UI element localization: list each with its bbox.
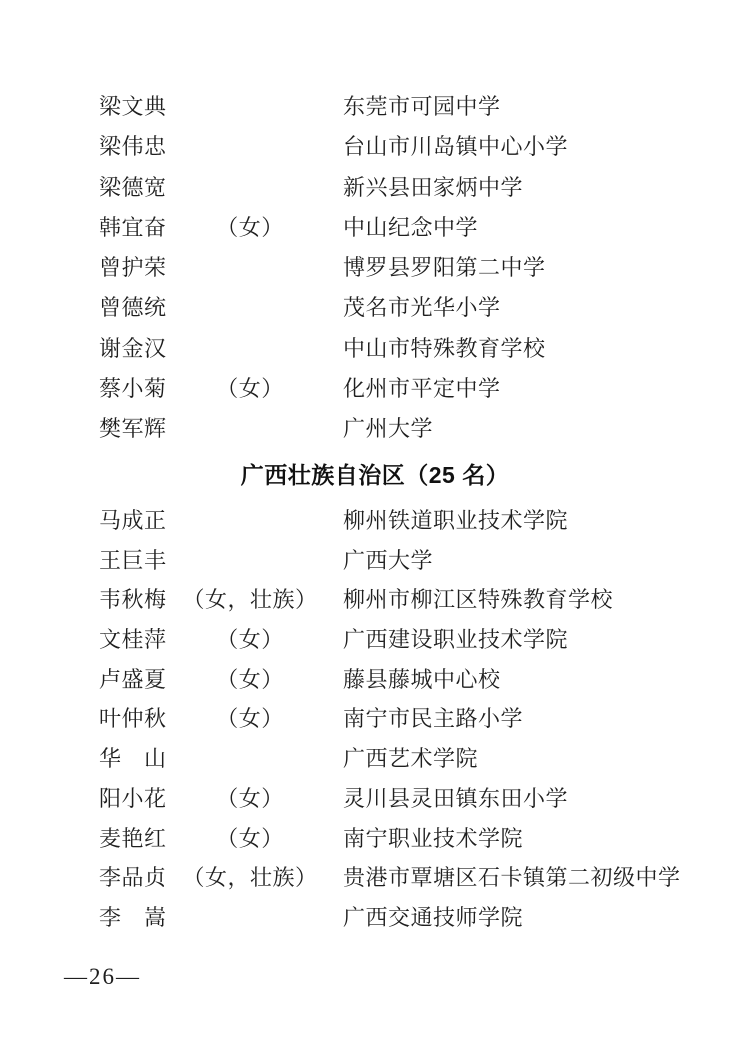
roster-section-continued: 梁文典 东莞市可园中学 梁伟忠 台山市川岛镇中心小学 梁德宽 新兴县田家炳中学 … — [0, 87, 750, 450]
table-row: 曾护荣 博罗县罗阳第二中学 — [0, 248, 750, 288]
table-row: 曾德统 茂名市光华小学 — [0, 288, 750, 328]
entry-institution: 新兴县田家炳中学 — [343, 168, 523, 208]
entry-institution: 中山市特殊教育学校 — [343, 329, 546, 369]
entry-name: 王巨丰 — [99, 541, 167, 581]
entry-institution: 东莞市可园中学 — [343, 87, 501, 127]
entry-name: 卢盛夏 — [99, 660, 167, 700]
entry-note: （女） — [158, 819, 342, 859]
entry-name: 华 山 — [99, 739, 167, 779]
entry-institution: 茂名市光华小学 — [343, 288, 501, 328]
entry-name: 曾护荣 — [99, 248, 167, 288]
entry-name: 马成正 — [99, 501, 167, 541]
entry-note: （女） — [158, 208, 342, 248]
entry-institution: 广西建设职业技术学院 — [343, 620, 568, 660]
entry-institution: 藤县藤城中心校 — [343, 660, 501, 700]
entry-note: （女，壮族） — [158, 858, 342, 898]
entry-note: （女） — [158, 369, 342, 409]
entry-institution: 化州市平定中学 — [343, 369, 501, 409]
entry-note: （女） — [158, 779, 342, 819]
entry-name: 阳小花 — [99, 779, 167, 819]
entry-institution: 中山纪念中学 — [343, 208, 478, 248]
entry-institution: 台山市川岛镇中心小学 — [343, 127, 568, 167]
entry-name: 蔡小菊 — [99, 369, 167, 409]
table-row: 谢金汉 中山市特殊教育学校 — [0, 329, 750, 369]
table-row: 阳小花 （女） 灵川县灵田镇东田小学 — [0, 779, 750, 819]
entry-institution: 广西艺术学院 — [343, 739, 478, 779]
roster-section-guangxi: 马成正 柳州铁道职业技术学院 王巨丰 广西大学 韦秋梅 （女，壮族） 柳州市柳江… — [0, 501, 750, 938]
table-row: 李品贞 （女，壮族） 贵港市覃塘区石卡镇第二初级中学 — [0, 858, 750, 898]
entry-name: 李品贞 — [99, 858, 167, 898]
entry-institution: 广西大学 — [343, 541, 433, 581]
entry-name: 文桂萍 — [99, 620, 167, 660]
table-row: 卢盛夏 （女） 藤县藤城中心校 — [0, 660, 750, 700]
entry-note: （女） — [158, 620, 342, 660]
table-row: 叶仲秋 （女） 南宁市民主路小学 — [0, 699, 750, 739]
entry-name: 麦艳红 — [99, 819, 167, 859]
entry-name: 韩宜奋 — [99, 208, 167, 248]
table-row: 李 嵩 广西交通技师学院 — [0, 898, 750, 938]
table-row: 韩宜奋 （女） 中山纪念中学 — [0, 208, 750, 248]
table-row: 韦秋梅 （女，壮族） 柳州市柳江区特殊教育学校 — [0, 580, 750, 620]
entry-institution: 南宁职业技术学院 — [343, 819, 523, 859]
entry-note: （女） — [158, 660, 342, 700]
entry-name: 梁文典 — [99, 87, 167, 127]
table-row: 梁德宽 新兴县田家炳中学 — [0, 168, 750, 208]
entry-note: （女，壮族） — [158, 580, 342, 620]
entry-institution: 博罗县罗阳第二中学 — [343, 248, 546, 288]
entry-institution: 柳州铁道职业技术学院 — [343, 501, 568, 541]
entry-institution: 广州大学 — [343, 409, 433, 449]
entry-institution: 灵川县灵田镇东田小学 — [343, 779, 568, 819]
table-row: 华 山 广西艺术学院 — [0, 739, 750, 779]
table-row: 樊军辉 广州大学 — [0, 409, 750, 449]
entry-name: 梁德宽 — [99, 168, 167, 208]
entry-name: 韦秋梅 — [99, 580, 167, 620]
table-row: 梁文典 东莞市可园中学 — [0, 87, 750, 127]
section-heading-guangxi: 广西壮族自治区（25 名） — [0, 455, 750, 495]
entry-institution: 柳州市柳江区特殊教育学校 — [343, 580, 613, 620]
entry-institution: 贵港市覃塘区石卡镇第二初级中学 — [343, 858, 681, 898]
entry-name: 梁伟忠 — [99, 127, 167, 167]
entry-name: 李 嵩 — [99, 898, 167, 938]
entry-name: 曾德统 — [99, 288, 167, 328]
entry-name: 谢金汉 — [99, 329, 167, 369]
entry-name: 叶仲秋 — [99, 699, 167, 739]
table-row: 王巨丰 广西大学 — [0, 541, 750, 581]
page-number: —26— — [64, 964, 141, 989]
table-row: 马成正 柳州铁道职业技术学院 — [0, 501, 750, 541]
document-page: 梁文典 东莞市可园中学 梁伟忠 台山市川岛镇中心小学 梁德宽 新兴县田家炳中学 … — [0, 0, 750, 1060]
table-row: 梁伟忠 台山市川岛镇中心小学 — [0, 127, 750, 167]
table-row: 文桂萍 （女） 广西建设职业技术学院 — [0, 620, 750, 660]
entry-institution: 南宁市民主路小学 — [343, 699, 523, 739]
table-row: 蔡小菊 （女） 化州市平定中学 — [0, 369, 750, 409]
page-footer: —26— — [64, 962, 141, 992]
entry-note: （女） — [158, 699, 342, 739]
entry-name: 樊军辉 — [99, 409, 167, 449]
table-row: 麦艳红 （女） 南宁职业技术学院 — [0, 819, 750, 859]
entry-institution: 广西交通技师学院 — [343, 898, 523, 938]
